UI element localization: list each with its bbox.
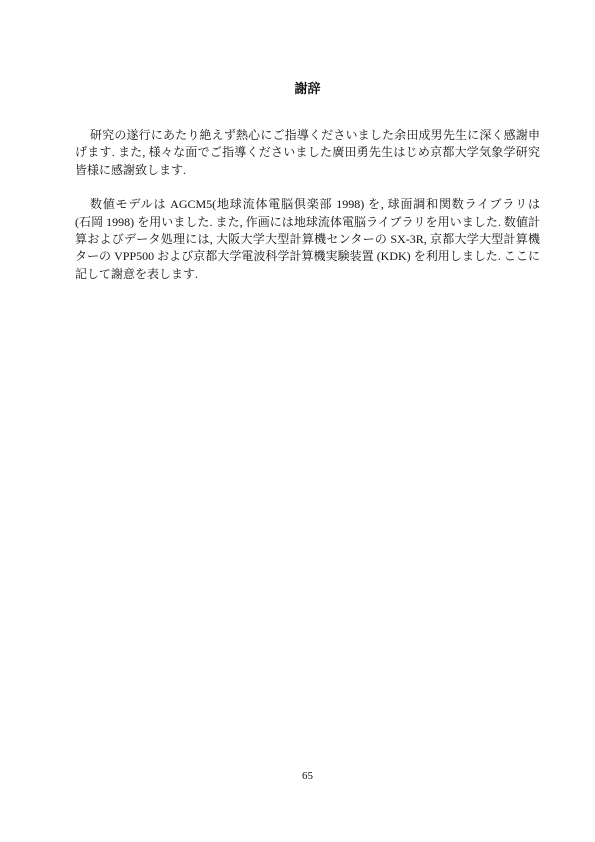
paragraph-line: ターの VPP500 および京都大学電波科学計算機実験装置 (KDK) を利用し…: [75, 248, 540, 265]
document-page: 謝辞 研究の遂行にあたり絶えず熱心にご指導くださいました余田成男先生に深く感謝申…: [0, 0, 595, 842]
paragraph-line: (石岡 1998) を用いました. また, 作画には地球流体電脳ライブラリを用い…: [75, 214, 540, 231]
page-number: 65: [75, 769, 540, 784]
paragraph: 数値モデルは AGCM5(地球流体電脳倶楽部 1998) を, 球面調和関数ライ…: [75, 196, 540, 283]
body-text: 研究の遂行にあたり絶えず熱心にご指導くださいました余田成男先生に深く感謝申し上 …: [75, 127, 540, 283]
page-title: 謝辞: [75, 80, 540, 98]
paragraph-line: 研究の遂行にあたり絶えず熱心にご指導くださいました余田成男先生に深く感謝申し上: [75, 127, 540, 144]
paragraph-line: げます. また, 様々な面でご指導くださいました廣田勇先生はじめ京都大学気象学研…: [75, 144, 540, 161]
paragraph-line: 算およびデータ処理には, 大阪大学大型計算機センターの SX-3R, 京都大学大…: [75, 231, 540, 248]
paragraph: 研究の遂行にあたり絶えず熱心にご指導くださいました余田成男先生に深く感謝申し上 …: [75, 127, 540, 179]
paragraph-line: 皆様に感謝致します.: [75, 162, 540, 179]
paragraph-line: 数値モデルは AGCM5(地球流体電脳倶楽部 1998) を, 球面調和関数ライ…: [75, 196, 540, 213]
paragraph-line: 記して謝意を表します.: [75, 266, 540, 283]
